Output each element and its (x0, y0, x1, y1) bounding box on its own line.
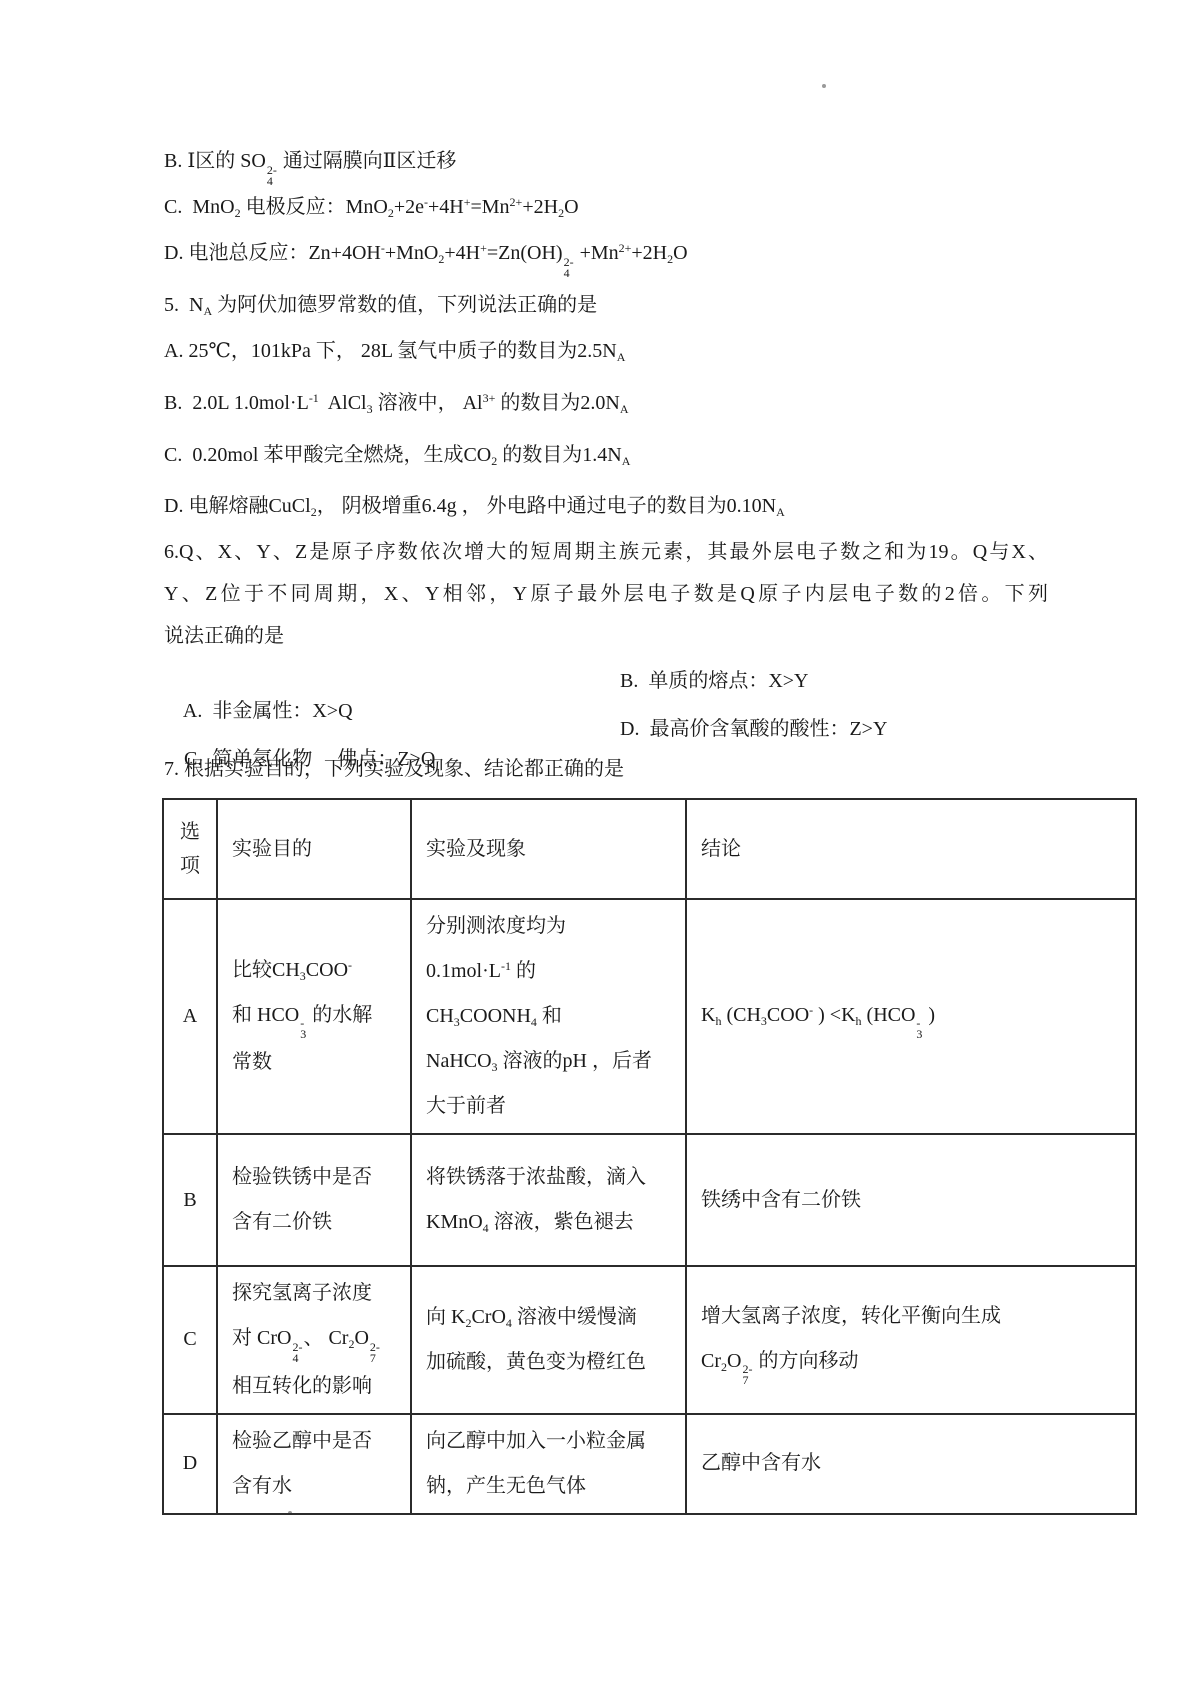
question-5-option-c: C. 0.20mol 苯甲酸完全燃烧，生成CO2 的数目为1.4NA (164, 440, 630, 470)
cell-a-conclusion: Kh (CH3COO- ) <Kh (HCO-3 ) (686, 899, 1136, 1134)
exam-page: B. Ⅰ区的 SO2-4 通过隔膜向Ⅱ区迁移 C. MnO2 电极反应：MnO2… (0, 0, 1200, 1698)
table-row-d: D 检验乙醇中是否含有水 向乙醇中加入一小粒金属钠，产生无色气体 乙醇中含有水 (163, 1414, 1136, 1514)
cell-b-purpose: 检验铁锈中是否含有二价铁 (217, 1134, 411, 1266)
question-6-option-b: B. 单质的熔点：X>Y (620, 666, 809, 696)
stacked-subsup: 2-7 (369, 1342, 381, 1364)
header-option: 选 项 (163, 799, 217, 899)
stacked-subsup: 2-4 (266, 165, 278, 187)
stacked-subsup: -3 (915, 1018, 923, 1040)
question-7-stem: 7. 根据实验目的，下列实验及现象、结论都正确的是 (164, 754, 624, 784)
cell-d-phenomenon: 向乙醇中加入一小粒金属钠，产生无色气体 (411, 1414, 686, 1514)
header-conclusion: 结论 (686, 799, 1136, 899)
table-header-row: 选 项 实验目的 实验及现象 结论 (163, 799, 1136, 899)
cell-b-conclusion: 铁绣中含有二价铁 (686, 1134, 1136, 1266)
question-6-stem-line-1: 6.Q、X、Y、Z是原子序数依次增大的短周期主族元素，其最外层电子数之和为19。… (164, 537, 1048, 567)
cell-a-option: A (163, 899, 217, 1134)
question-7-experiment-table: 选 项 实验目的 实验及现象 结论 A 比较CH3COO-和 HCO-3 的水解… (162, 798, 1137, 1515)
question-6-option-d: D. 最高价含氧酸的酸性：Z>Y (620, 714, 887, 744)
cell-c-option: C (163, 1266, 217, 1414)
header-purpose: 实验目的 (217, 799, 411, 899)
cell-c-phenomenon: 向 K2CrO4 溶液中缓慢滴加硫酸，黄色变为橙红色 (411, 1266, 686, 1414)
cell-a-purpose: 比较CH3COO-和 HCO-3 的水解常数 (217, 899, 411, 1134)
table-row-b: B 检验铁锈中是否含有二价铁 将铁锈落于浓盐酸，滴入KMnO4 溶液，紫色褪去 … (163, 1134, 1136, 1266)
cell-c-purpose: 探究氢离子浓度对 CrO2-4、 Cr2O2-7相互转化的影响 (217, 1266, 411, 1414)
cell-b-option: B (163, 1134, 217, 1266)
stacked-subsup: 2-7 (741, 1364, 753, 1386)
question-5-option-a: A. 25℃，101kPa 下， 28L 氢气中质子的数目为2.5NA (164, 336, 625, 366)
stacked-subsup: 2-4 (291, 1342, 303, 1364)
question-6-stem-line-2: Y、Z位于不同周期，X、Y相邻，Y原子最外层电子数是Q原子内层电子数的2倍。下列 (164, 579, 1048, 609)
question-6-stem-line-3: 说法正确的是 (164, 621, 284, 651)
ink-speck-top (822, 84, 826, 88)
question-5-option-b: B. 2.0L 1.0mol·L-1 AlCl3 溶液中， Al3+ 的数目为2… (164, 388, 629, 418)
table-row-a: A 比较CH3COO-和 HCO-3 的水解常数 分别测浓度均为0.1mol·L… (163, 899, 1136, 1134)
question-5-option-d: D. 电解熔融CuCl2， 阴极增重6.4g ， 外电路中通过电子的数目为0.1… (164, 491, 785, 521)
cell-b-phenomenon: 将铁锈落于浓盐酸，滴入KMnO4 溶液，紫色褪去 (411, 1134, 686, 1266)
cell-c-conclusion: 增大氢离子浓度，转化平衡向生成Cr2O2-7 的方向移动 (686, 1266, 1136, 1414)
stacked-subsup: 2-4 (563, 257, 575, 279)
question-4-option-d: D. 电池总反应：Zn+4OH-+MnO2+4H+=Zn(OH)2-4 +Mn2… (164, 238, 688, 279)
question-4-option-c: C. MnO2 电极反应：MnO2+2e-+4H+=Mn2++2H2O (164, 192, 579, 222)
table-row-c: C 探究氢离子浓度对 CrO2-4、 Cr2O2-7相互转化的影响 向 K2Cr… (163, 1266, 1136, 1414)
cell-d-option: D (163, 1414, 217, 1514)
cell-d-purpose: 检验乙醇中是否含有水 (217, 1414, 411, 1514)
question-4-option-b: B. Ⅰ区的 SO2-4 通过隔膜向Ⅱ区迁移 (164, 146, 456, 187)
stacked-subsup: -3 (299, 1018, 307, 1040)
question-5-stem: 5. NA 为阿伏加德罗常数的值，下列说法正确的是 (164, 290, 597, 320)
cell-a-phenomenon: 分别测浓度均为0.1mol·L-1 的CH3COONH4 和NaHCO3 溶液的… (411, 899, 686, 1134)
cell-d-conclusion: 乙醇中含有水 (686, 1414, 1136, 1514)
header-phenomenon: 实验及现象 (411, 799, 686, 899)
